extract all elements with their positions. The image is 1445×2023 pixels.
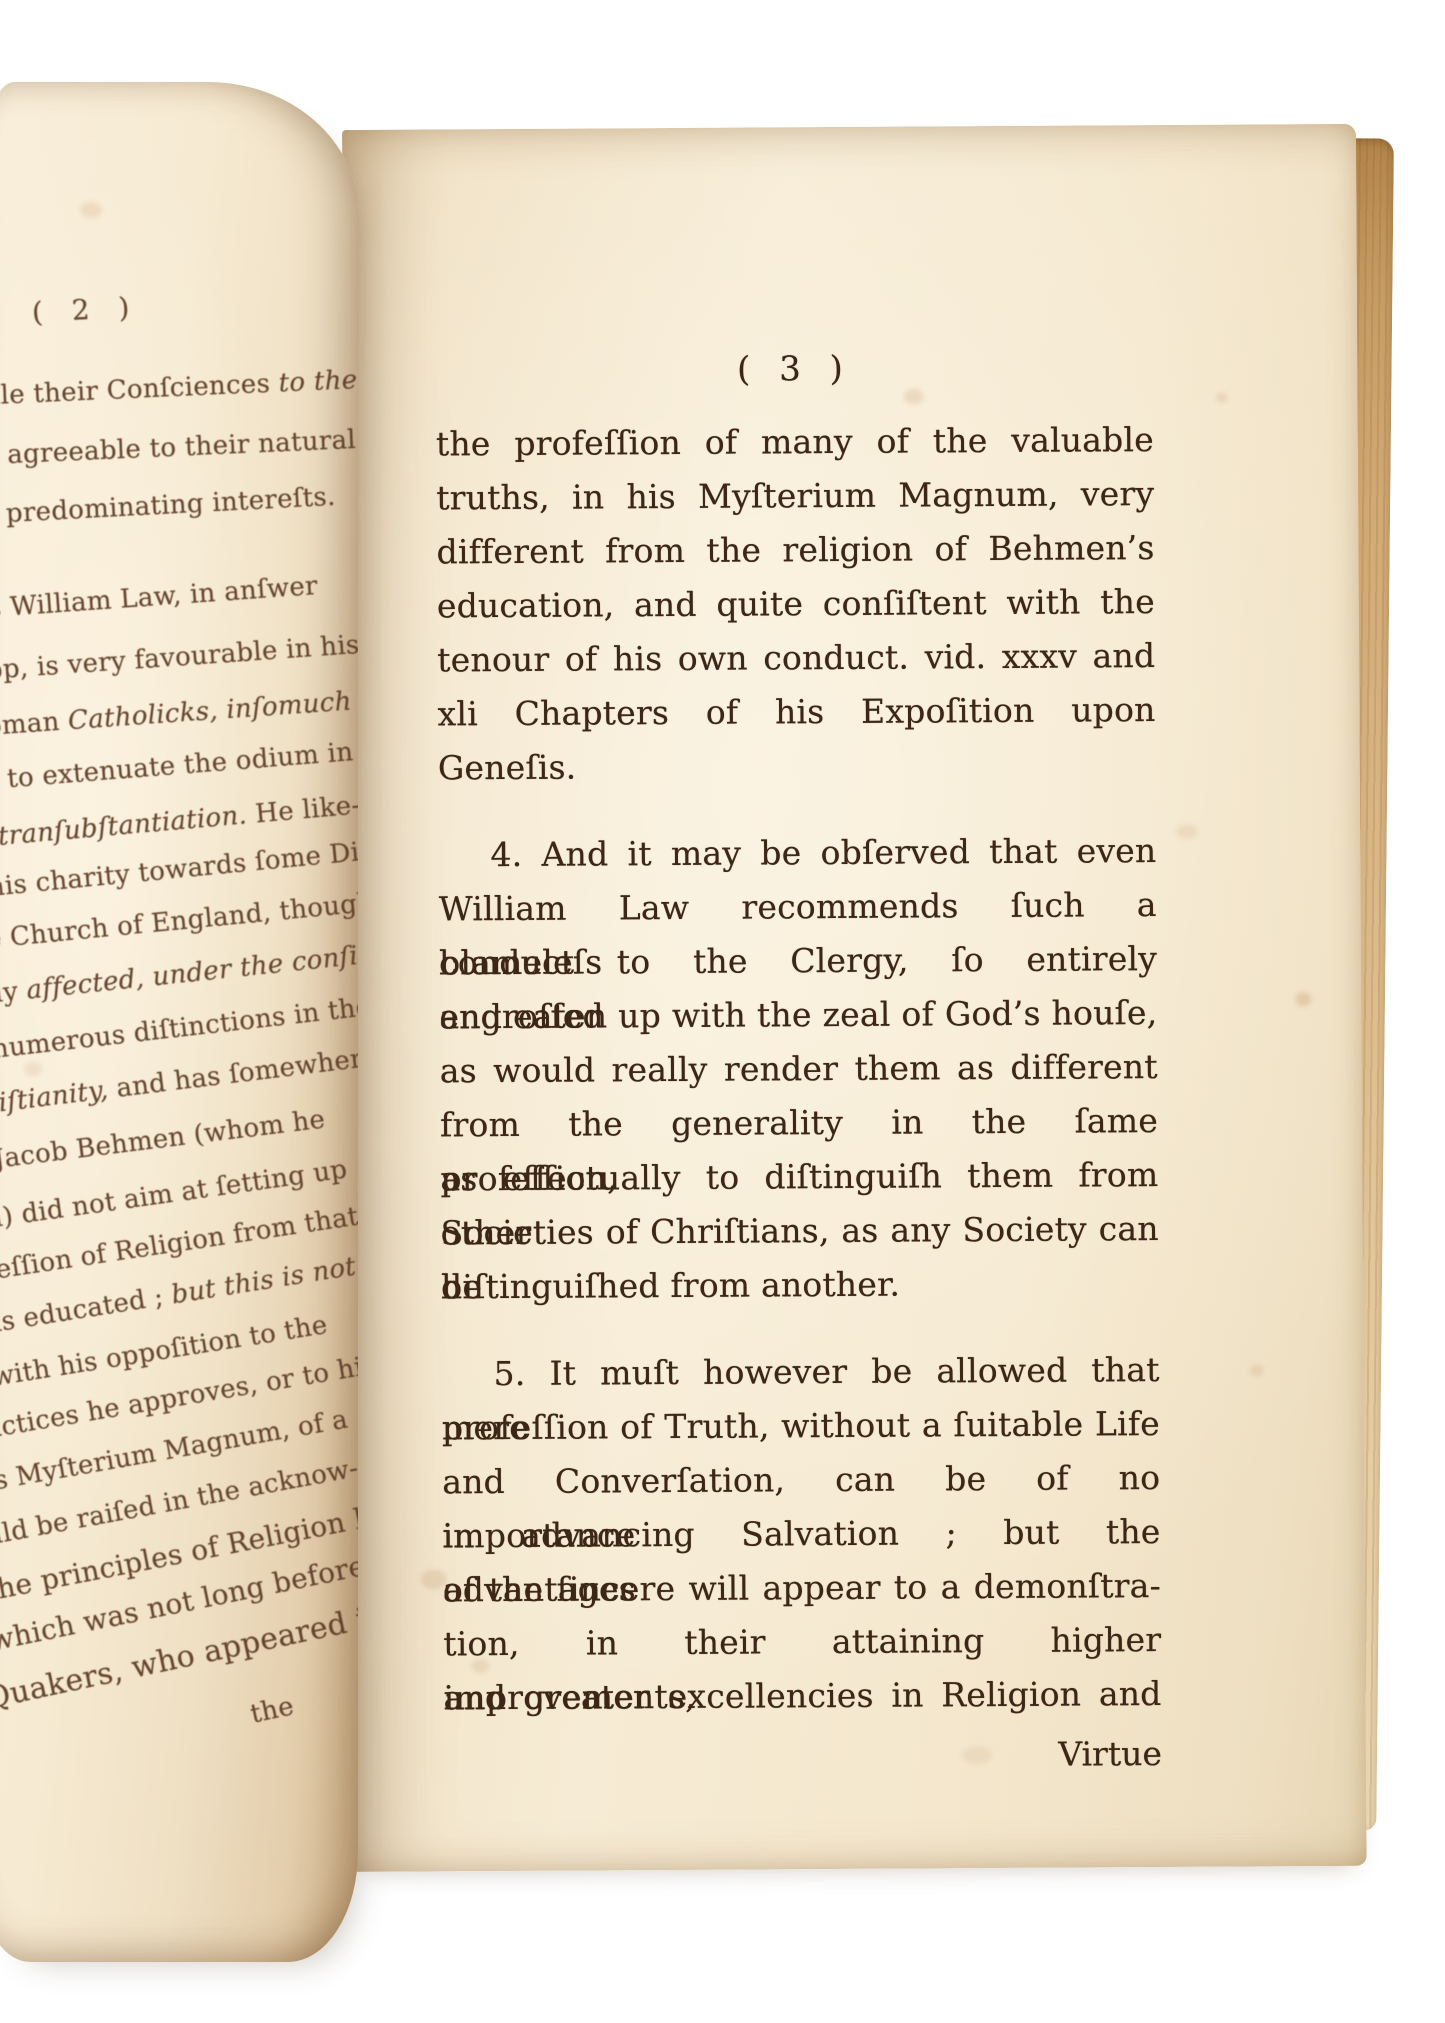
text-line: e Church of England, though — [0, 888, 358, 955]
text-line: of the ſincere will appear to a demonſtr… — [443, 1559, 1161, 1617]
text-line: 5. It muſt however be allowed that mere — [441, 1343, 1159, 1401]
text-line: Geneſis. — [438, 737, 1156, 795]
text-line: r to extenuate the odium in — [0, 737, 354, 796]
foxing-spot — [1176, 825, 1198, 839]
text-line: pp, is very favourable in his — [0, 630, 358, 686]
text-line: tenour of his own conduct. vid. xxxv and — [437, 629, 1155, 687]
text-line: conduct to the Clergy, ſo entirely engro… — [439, 932, 1157, 990]
foxing-spot — [1216, 393, 1228, 403]
text-line: different from the religion of Behmen’s — [436, 521, 1154, 579]
text-line: the profeſſion of many of the valuable — [436, 413, 1154, 471]
text-line: xli Chapters of his Expoſition upon — [437, 683, 1155, 741]
text-line: oman Catholicks, inſomuch — [0, 686, 353, 741]
text-line: as effectually to diſtinguiſh them from … — [440, 1148, 1158, 1206]
text-line: as would really render them as different — [440, 1040, 1158, 1098]
text-line: truths, in his Myſterium Magnum, very — [436, 467, 1154, 525]
page-2-text-block: ( 2 ) ile their Conſciences to thet agre… — [0, 82, 358, 1962]
page-3-catchword: Virtue — [444, 1727, 1162, 1785]
text-line: diſtinguiſhed from another. — [441, 1256, 1159, 1314]
text-line: William Law recommends ſuch a blameleſs — [439, 878, 1157, 936]
text-line: s William Law, in anſwer — [0, 571, 319, 624]
right-page: ( 3 ) the profeſſion of many of the valu… — [342, 124, 1367, 1872]
text-line: ile their Conſciences to the — [0, 365, 358, 411]
page-2-catchword: the — [248, 1691, 297, 1729]
page-2-number-header: ( 2 ) — [31, 290, 140, 329]
page-3-number-header: ( 3 ) — [435, 347, 1153, 391]
page-3-text-block: ( 3 ) the profeſſion of many of the valu… — [435, 347, 1162, 1785]
page-3-paragraphs: the profeſſion of many of the valuabletr… — [436, 413, 1162, 1725]
text-line: education, and quite conſiſtent with the — [437, 575, 1155, 633]
paragraph: the profeſſion of many of the valuabletr… — [436, 413, 1156, 795]
text-line: and greater excellencies in Religion and — [443, 1667, 1161, 1725]
text-line: Societies of Chriſtians, as any Society … — [441, 1202, 1159, 1260]
text-line: 4. And it may be obſerved that even — [438, 824, 1156, 882]
text-line: in advancing Salvation ; but the advanta… — [442, 1505, 1160, 1563]
foxing-spot — [1295, 992, 1311, 1006]
text-line: tion, in their attaining higher improvem… — [443, 1613, 1161, 1671]
text-line: t agreeable to their natural — [0, 425, 357, 471]
paragraph: 4. And it may be obſerved that evenWilli… — [438, 824, 1159, 1314]
left-page: ( 2 ) ile their Conſciences to thet agre… — [0, 82, 358, 1962]
text-line: and Converſation, can be of no importanc… — [442, 1451, 1160, 1509]
text-line: from the generality in the ſame profeſſi… — [440, 1094, 1158, 1152]
book-photo: ( 3 ) the profeſſion of many of the valu… — [0, 0, 1445, 2023]
foxing-spot — [1250, 1364, 1264, 1376]
text-line: and eaten up with the zeal of God’s houſ… — [439, 986, 1157, 1044]
text-line: profeſſion of Truth, without a ſuitable … — [442, 1397, 1160, 1455]
text-line: predominating intereſts. — [5, 482, 336, 529]
paragraph: 5. It muſt however be allowed that merep… — [441, 1343, 1161, 1725]
